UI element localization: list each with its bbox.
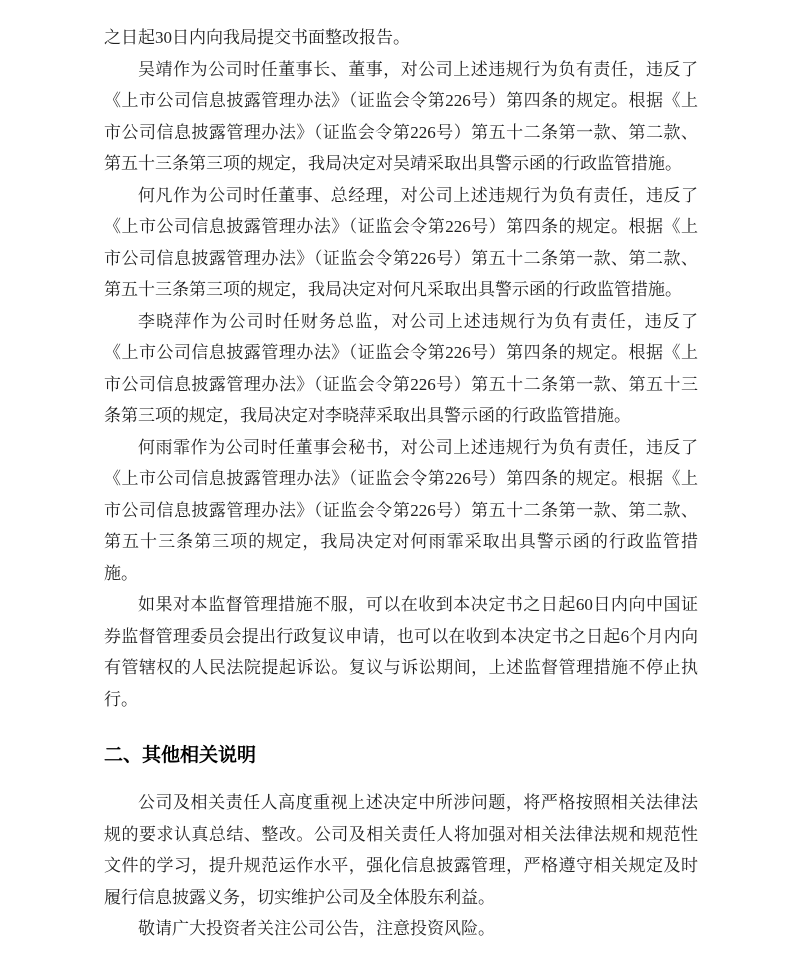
body-paragraph: 何雨霏作为公司时任董事会秘书，对公司上述违规行为负有责任，违反了《上市公司信息披… xyxy=(104,432,698,590)
body-paragraph: 如果对本监督管理措施不服，可以在收到本决定书之日起60日内向中国证券监督管理委员… xyxy=(104,589,698,715)
body-paragraph: 何凡作为公司时任董事、总经理，对公司上述违规行为负有责任，违反了《上市公司信息披… xyxy=(104,180,698,306)
body-paragraph: 公司及相关责任人高度重视上述决定中所涉问题，将严格按照相关法律法规的要求认真总结… xyxy=(104,787,698,913)
body-paragraph: 吴靖作为公司时任董事长、董事，对公司上述违规行为负有责任，违反了《上市公司信息披… xyxy=(104,54,698,180)
continuation-paragraph: 之日起30日内向我局提交书面整改报告。 xyxy=(104,22,698,54)
section-heading: 二、其他相关说明 xyxy=(104,743,698,769)
document-page: 之日起30日内向我局提交书面整改报告。 吴靖作为公司时任董事长、董事，对公司上述… xyxy=(0,0,786,955)
body-paragraph: 李晓萍作为公司时任财务总监，对公司上述违规行为负有责任，违反了《上市公司信息披露… xyxy=(104,306,698,432)
closing-paragraph: 敬请广大投资者关注公司公告，注意投资风险。 xyxy=(104,913,698,945)
